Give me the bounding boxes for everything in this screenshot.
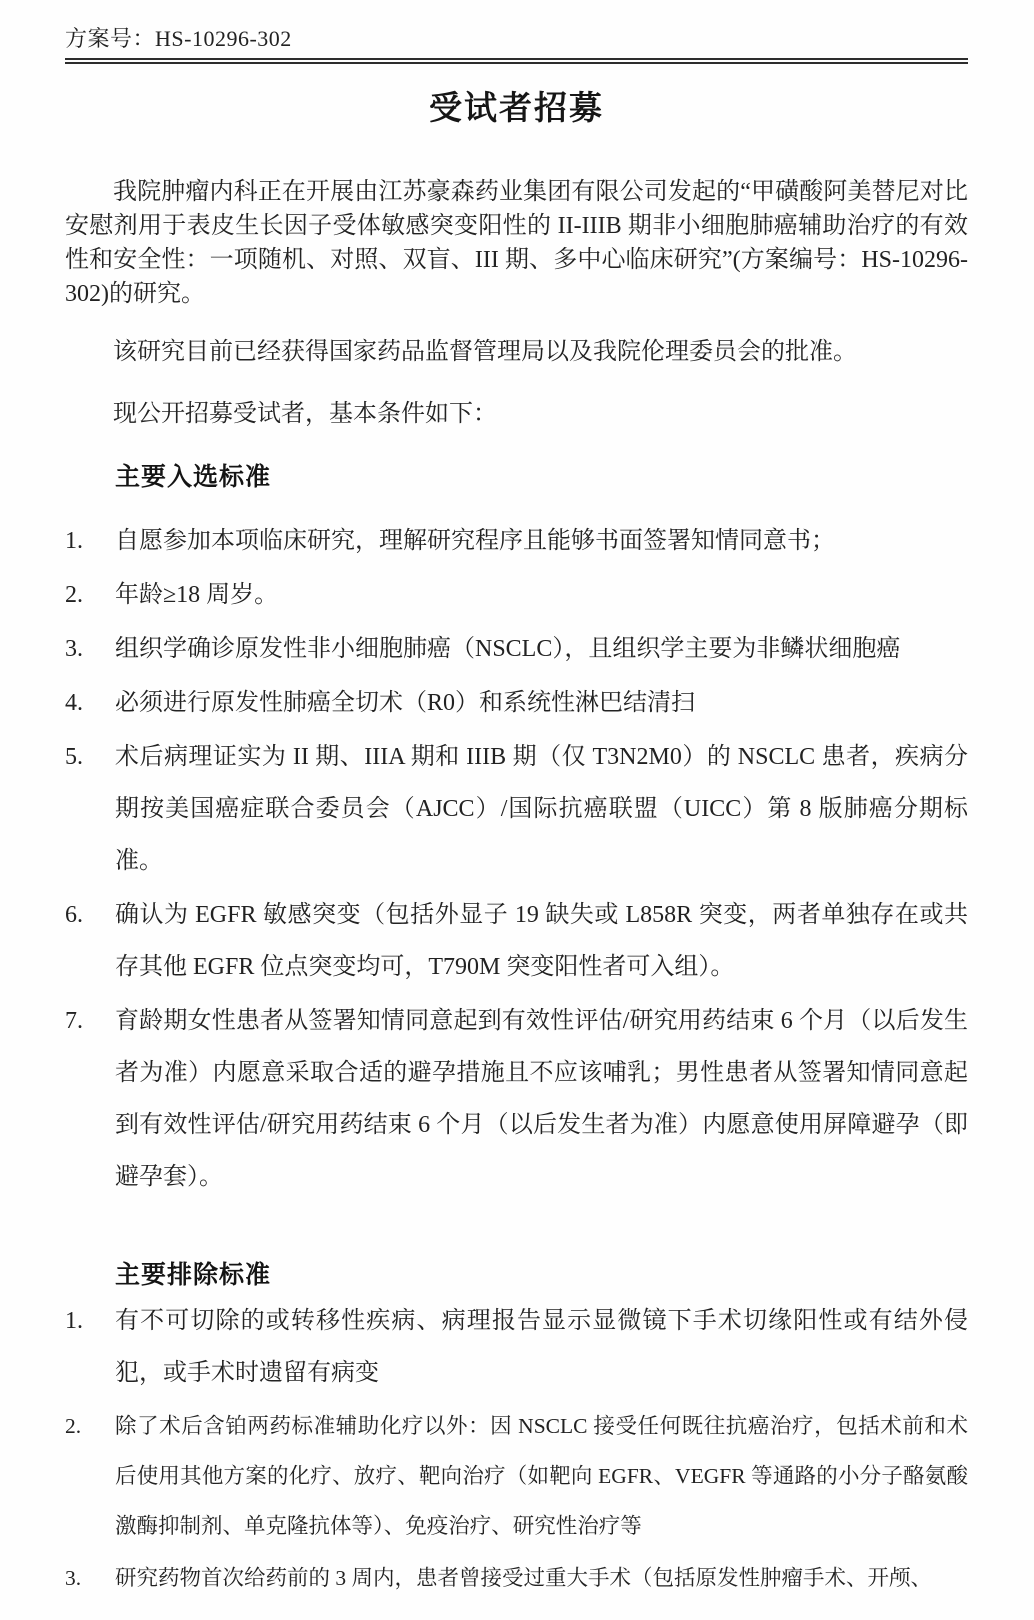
criteria-item: 1. 自愿参加本项临床研究，理解研究程序且能够书面签署知情同意书； — [65, 515, 968, 567]
approval-paragraph: 该研究目前已经获得国家药品监督管理局以及我院伦理委员会的批准。 — [65, 335, 968, 369]
item-number: 3. — [65, 1553, 115, 1603]
item-number: 2. — [65, 569, 115, 621]
item-text: 组织学确诊原发性非小细胞肺癌（NSCLC），且组织学主要为非鳞状细胞癌 — [115, 623, 968, 675]
criteria-item: 1. 有不可切除的或转移性疾病、病理报告显示显微镜下手术切缘阳性或有结外侵犯，或… — [65, 1295, 968, 1399]
item-text: 研究药物首次给药前的 3 周内，患者曾接受过重大手术（包括原发性肿瘤手术、开颅、 — [115, 1553, 968, 1603]
header-rule — [65, 58, 968, 64]
exclusion-criteria-heading: 主要排除标准 — [115, 1255, 968, 1291]
item-text: 育龄期女性患者从签署知情同意起到有效性评估/研究用药结束 6 个月（以后发生者为… — [115, 995, 968, 1203]
inclusion-criteria-heading: 主要入选标准 — [115, 457, 968, 493]
criteria-item: 3. 研究药物首次给药前的 3 周内，患者曾接受过重大手术（包括原发性肿瘤手术、… — [65, 1553, 968, 1603]
item-number: 1. — [65, 1295, 115, 1399]
item-number: 4. — [65, 677, 115, 729]
study-intro-paragraph: 我院肿瘤内科正在开展由江苏豪森药业集团有限公司发起的“甲磺酸阿美替尼对比安慰剂用… — [65, 175, 968, 311]
criteria-item: 2. 除了术后含铂两药标准辅助化疗以外：因 NSCLC 接受任何既往抗癌治疗，包… — [65, 1401, 968, 1551]
criteria-item: 4. 必须进行原发性肺癌全切术（R0）和系统性淋巴结清扫 — [65, 677, 968, 729]
item-number: 6. — [65, 889, 115, 993]
criteria-item: 6. 确认为 EGFR 敏感突变（包括外显子 19 缺失或 L858R 突变，两… — [65, 889, 968, 993]
criteria-item: 2. 年龄≥18 周岁。 — [65, 569, 968, 621]
recruitment-paragraph: 现公开招募受试者，基本条件如下： — [65, 397, 968, 431]
item-text: 年龄≥18 周岁。 — [115, 569, 968, 621]
item-text: 确认为 EGFR 敏感突变（包括外显子 19 缺失或 L858R 突变，两者单独… — [115, 889, 968, 993]
item-text: 术后病理证实为 II 期、IIIA 期和 IIIB 期（仅 T3N2M0）的 N… — [115, 731, 968, 887]
item-number: 1. — [65, 515, 115, 567]
item-text: 必须进行原发性肺癌全切术（R0）和系统性淋巴结清扫 — [115, 677, 968, 729]
document-page: 方案号：HS-10296-302 受试者招募 我院肿瘤内科正在开展由江苏豪森药业… — [0, 0, 1034, 1620]
criteria-item: 3. 组织学确诊原发性非小细胞肺癌（NSCLC），且组织学主要为非鳞状细胞癌 — [65, 623, 968, 675]
exclusion-criteria-list: 1. 有不可切除的或转移性疾病、病理报告显示显微镜下手术切缘阳性或有结外侵犯，或… — [65, 1295, 968, 1603]
criteria-item: 5. 术后病理证实为 II 期、IIIA 期和 IIIB 期（仅 T3N2M0）… — [65, 731, 968, 887]
item-number: 2. — [65, 1401, 115, 1551]
item-text: 除了术后含铂两药标准辅助化疗以外：因 NSCLC 接受任何既往抗癌治疗，包括术前… — [115, 1401, 968, 1551]
item-text: 自愿参加本项临床研究，理解研究程序且能够书面签署知情同意书； — [115, 515, 968, 567]
inclusion-criteria-list: 1. 自愿参加本项临床研究，理解研究程序且能够书面签署知情同意书； 2. 年龄≥… — [65, 515, 968, 1203]
protocol-number: 方案号：HS-10296-302 — [65, 26, 968, 52]
item-number: 7. — [65, 995, 115, 1203]
page-title: 受试者招募 — [65, 82, 968, 129]
item-text: 有不可切除的或转移性疾病、病理报告显示显微镜下手术切缘阳性或有结外侵犯，或手术时… — [115, 1295, 968, 1399]
item-number: 3. — [65, 623, 115, 675]
item-number: 5. — [65, 731, 115, 887]
criteria-item: 7. 育龄期女性患者从签署知情同意起到有效性评估/研究用药结束 6 个月（以后发… — [65, 995, 968, 1203]
